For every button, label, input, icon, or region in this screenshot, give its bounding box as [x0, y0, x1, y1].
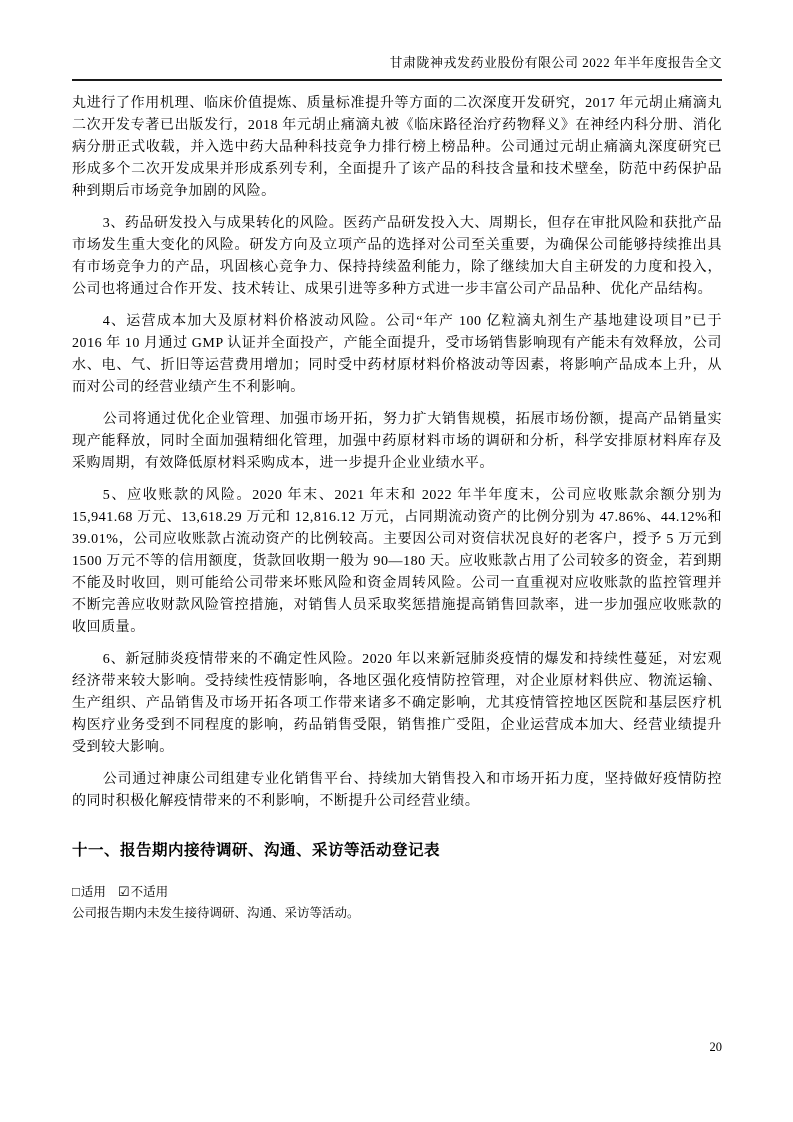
checkbox-not-applicable-label: 不适用: [131, 885, 169, 899]
unchecked-checkbox-icon: □: [72, 884, 80, 899]
header-title: 甘肃陇神戎发药业股份有限公司 2022 年半年度报告全文: [389, 55, 722, 70]
checkbox-applicable: □适用: [72, 885, 106, 899]
body-paragraph: 5、应收账款的风险。2020 年末、2021 年末和 2022 年半年度末，公司…: [72, 485, 722, 639]
body-paragraph: 丸进行了作用机理、临床价值提炼、质量标准提升等方面的二次深度开发研究，2017 …: [72, 93, 722, 203]
body-paragraph: 公司通过神康公司组建专业化销售平台、持续加大销售投入和市场开拓力度，坚持做好疫情…: [72, 769, 722, 813]
section-note: 公司报告期内未发生接待调研、沟通、采访等活动。: [72, 903, 722, 924]
section-heading: 十一、报告期内接待调研、沟通、采访等活动登记表: [72, 838, 722, 860]
body-paragraph: 6、新冠肺炎疫情带来的不确定性风险。2020 年以来新冠肺炎疫情的爆发和持续性蔓…: [72, 649, 722, 759]
body-paragraph: 3、药品研发投入与成果转化的风险。医药产品研发投入大、周期长，但存在审批风险和获…: [72, 213, 722, 301]
body-paragraph: 4、运营成本加大及原材料价格波动风险。公司“年产 100 亿粒滴丸剂生产基地建设…: [72, 311, 722, 399]
page-header: 甘肃陇神戎发药业股份有限公司 2022 年半年度报告全文: [72, 52, 722, 81]
page-number: 20: [710, 1040, 723, 1055]
page-content: 甘肃陇神戎发药业股份有限公司 2022 年半年度报告全文 丸进行了作用机理、临床…: [72, 52, 722, 924]
checked-checkbox-icon: ☑: [118, 884, 130, 899]
checkbox-applicable-label: 适用: [81, 885, 106, 899]
body-text: 丸进行了作用机理、临床价值提炼、质量标准提升等方面的二次深度开发研究，2017 …: [72, 93, 722, 924]
applicability-row: □适用 ☑不适用: [72, 881, 722, 903]
body-paragraph: 公司将通过优化企业管理、加强市场开拓，努力扩大销售规模，拓展市场份额，提高产品销…: [72, 409, 722, 475]
report-page: 甘肃陇神戎发药业股份有限公司 2022 年半年度报告全文 丸进行了作用机理、临床…: [0, 0, 793, 1122]
checkbox-not-applicable: ☑不适用: [118, 885, 168, 899]
